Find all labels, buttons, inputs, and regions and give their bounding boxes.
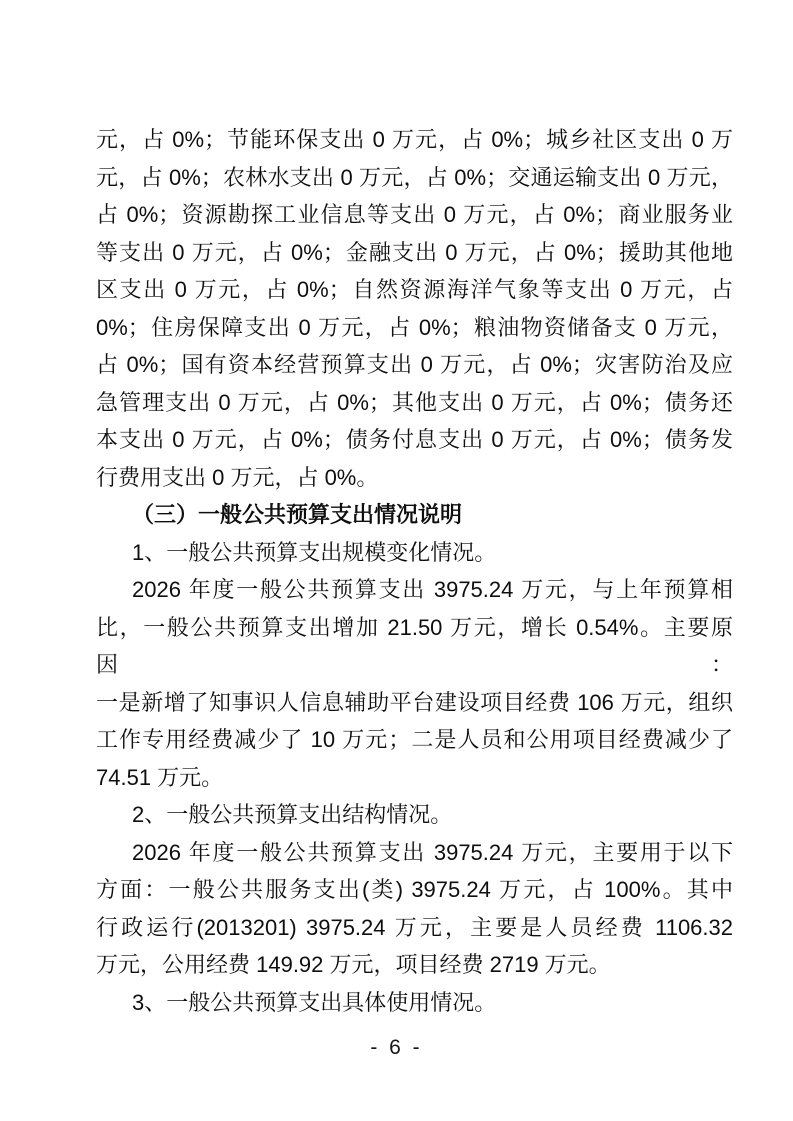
page-footer: - 6 - xyxy=(0,1036,793,1060)
body-line: 行政运行(2013201) 3975.24 万元，主要是人员经费 1106.32 xyxy=(96,909,733,947)
body-line: 74.51 万元。 xyxy=(96,759,733,797)
body-line: 行费用支出 0 万元，占 0%。 xyxy=(96,459,733,497)
body-line: 工作专用经费减少了 10 万元；二是人员和公用项目经费减少了 xyxy=(96,721,733,759)
body-line: 万元，公用经费 149.92 万元，项目经费 2719 万元。 xyxy=(96,946,733,984)
numbered-item-line: 1、一般公共预算支出规模变化情况。 xyxy=(96,534,733,572)
body-line: 占 0%；资源勘探工业信息等支出 0 万元，占 0%；商业服务业 xyxy=(96,196,733,234)
body-line: 占 0%；国有资本经营预算支出 0 万元，占 0%；灾害防治及应 xyxy=(96,346,733,384)
body-line: 比，一般公共预算支出增加 21.50 万元，增长 0.54%。主要原因： xyxy=(96,609,733,684)
section-heading: （三）一般公共预算支出情况说明 xyxy=(96,496,733,534)
numbered-item-line: 3、一般公共预算支出具体使用情况。 xyxy=(96,984,733,1022)
body-line: 一是新增了知事识人信息辅助平台建设项目经费 106 万元，组织 xyxy=(96,684,733,722)
document-page: 元，占 0%；节能环保支出 0 万元，占 0%；城乡社区支出 0 万 元，占 0… xyxy=(0,0,793,1121)
body-line: 元，占 0%；农林水支出 0 万元，占 0%；交通运输支出 0 万元， xyxy=(96,159,733,197)
body-line: 2026 年度一般公共预算支出 3975.24 万元，与上年预算相 xyxy=(96,571,733,609)
body-line: 方面：一般公共服务支出(类) 3975.24 万元，占 100%。其中 xyxy=(96,871,733,909)
body-line: 等支出 0 万元，占 0%；金融支出 0 万元，占 0%；援助其他地 xyxy=(96,234,733,272)
body-line: 2026 年度一般公共预算支出 3975.24 万元，主要用于以下 xyxy=(96,834,733,872)
body-line: 元，占 0%；节能环保支出 0 万元，占 0%；城乡社区支出 0 万 xyxy=(96,121,733,159)
document-body: 元，占 0%；节能环保支出 0 万元，占 0%；城乡社区支出 0 万 元，占 0… xyxy=(96,121,733,1021)
page-number: - 6 - xyxy=(370,1036,422,1059)
body-line: 0%；住房保障支出 0 万元，占 0%；粮油物资储备支 0 万元， xyxy=(96,309,733,347)
body-line: 本支出 0 万元，占 0%；债务付息支出 0 万元，占 0%；债务发 xyxy=(96,421,733,459)
body-line: 急管理支出 0 万元，占 0%；其他支出 0 万元，占 0%；债务还 xyxy=(96,384,733,422)
body-line: 区支出 0 万元，占 0%；自然资源海洋气象等支出 0 万元，占 xyxy=(96,271,733,309)
numbered-item-line: 2、一般公共预算支出结构情况。 xyxy=(96,796,733,834)
